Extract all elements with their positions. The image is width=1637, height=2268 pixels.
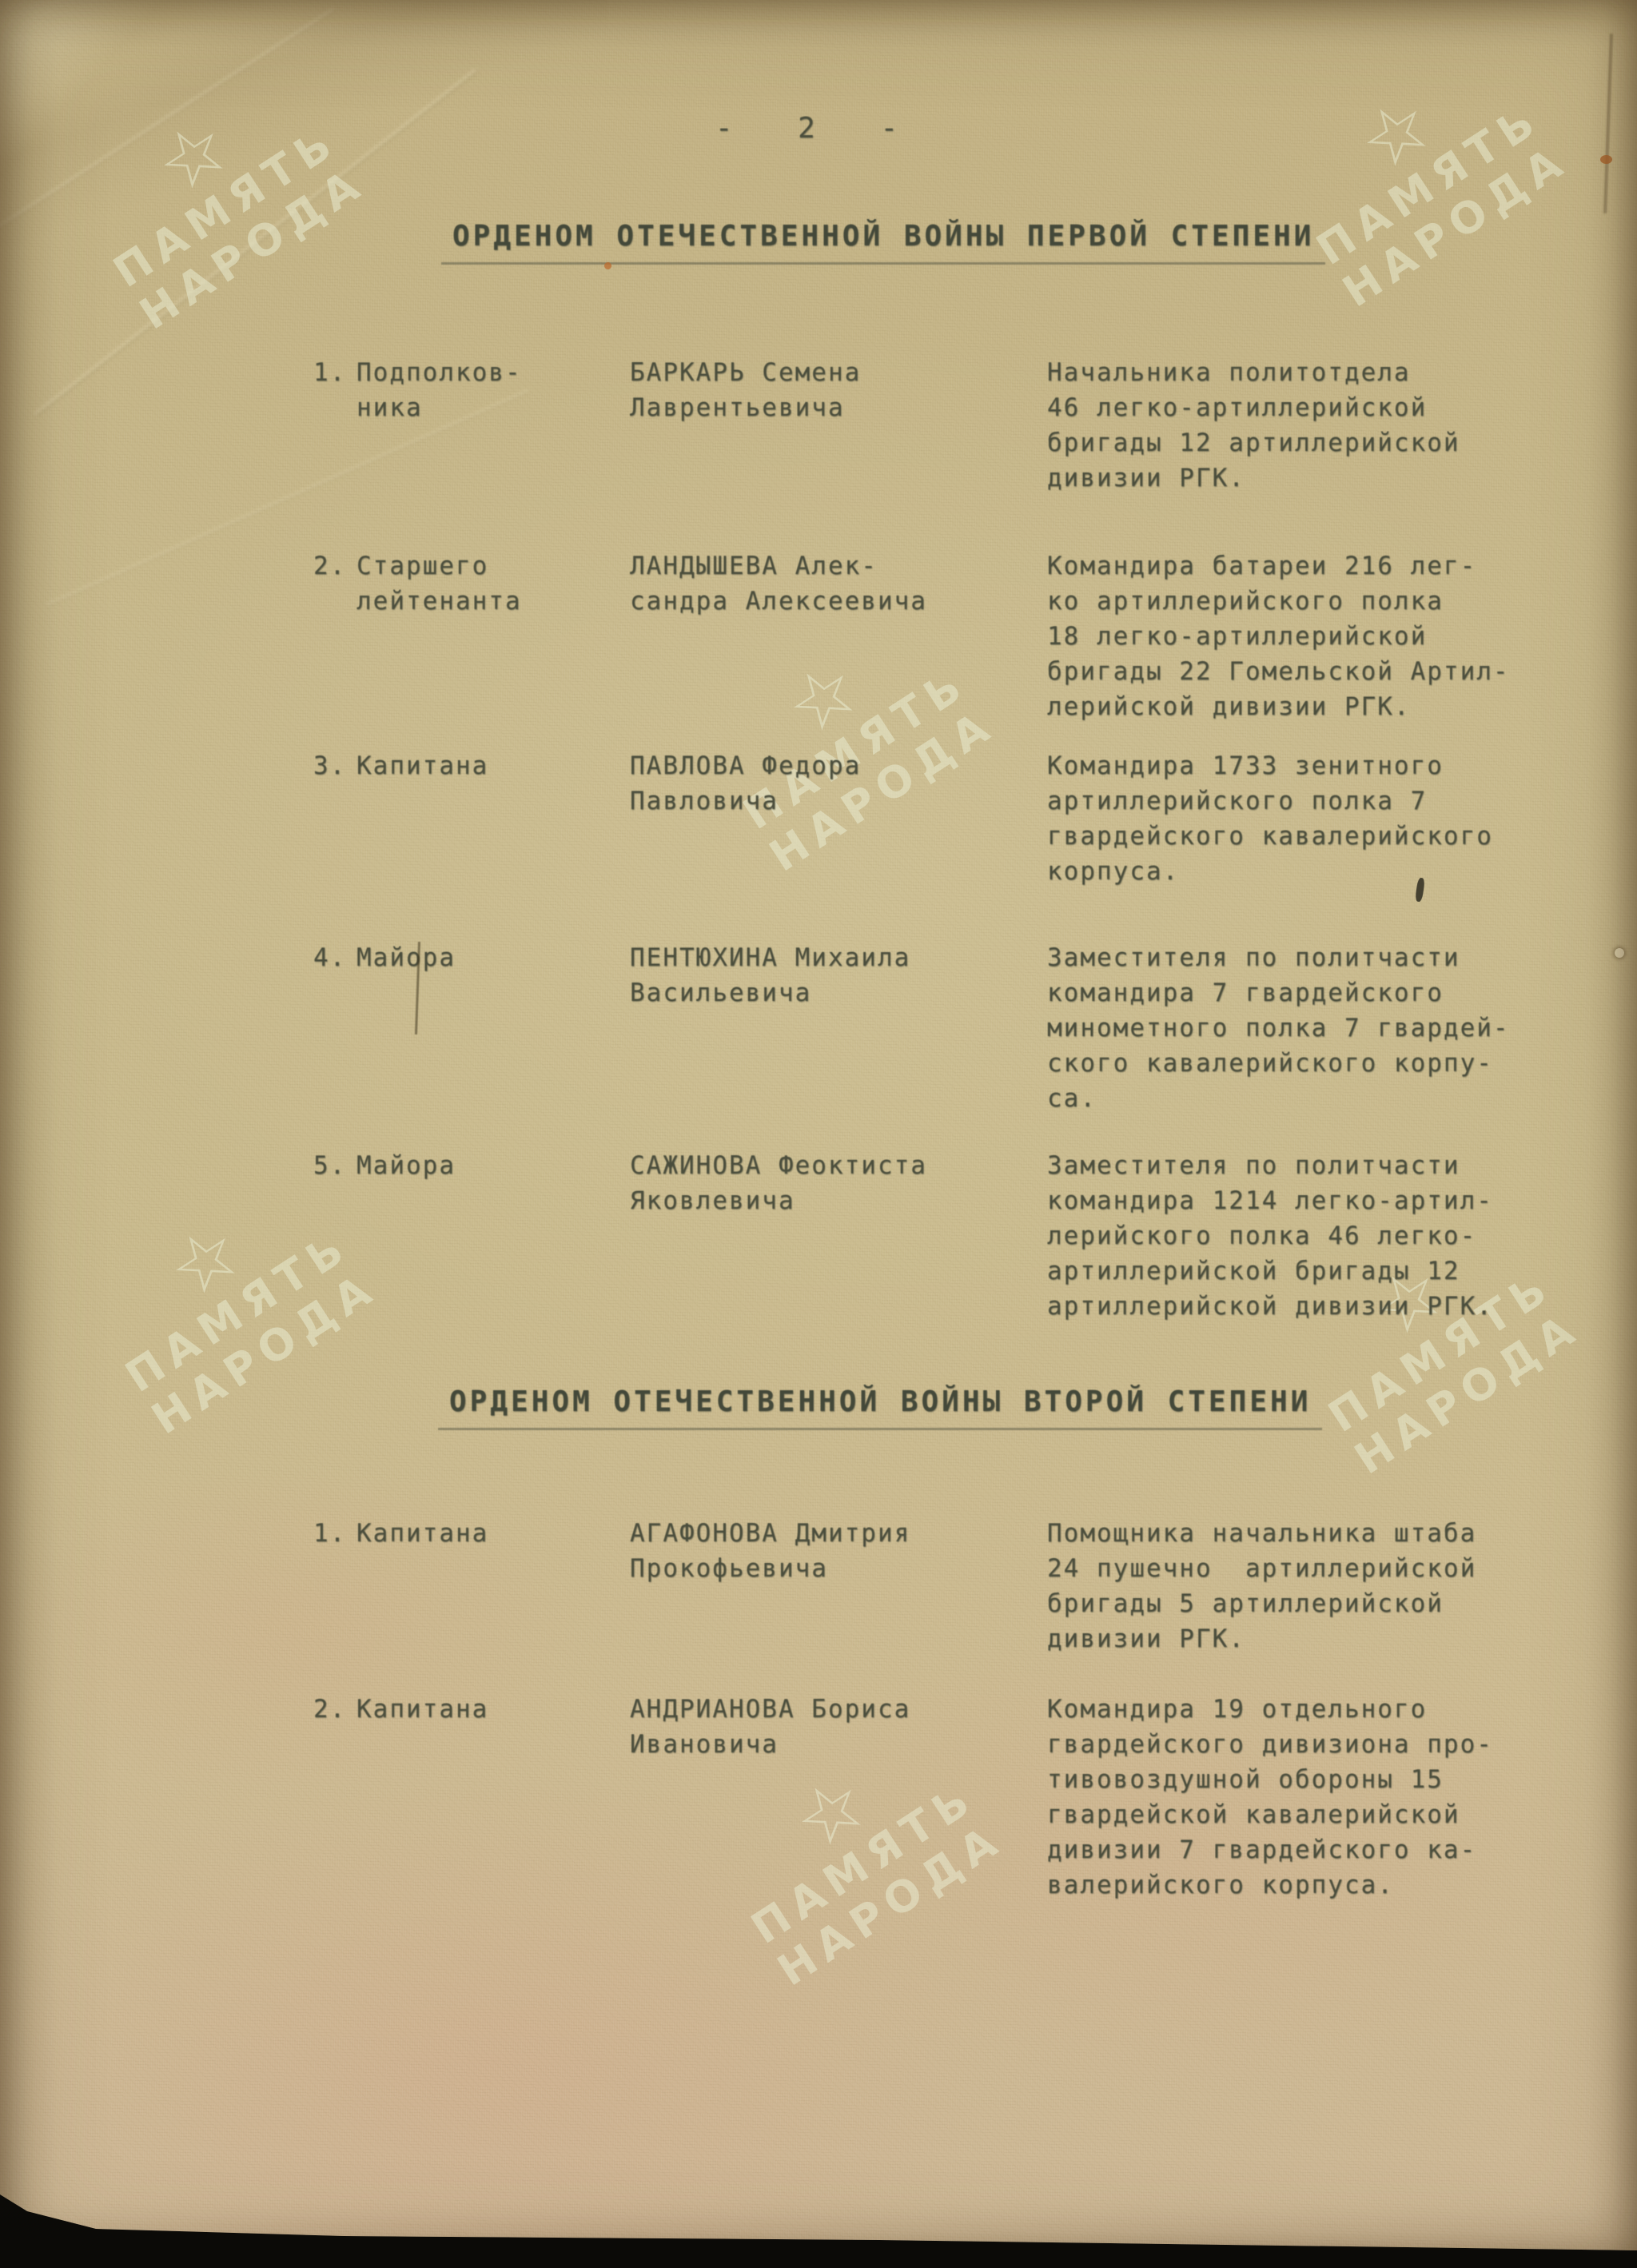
entry-name-line: Ивановича [630,1727,910,1762]
entry-name-line: Павловича [630,783,861,819]
entry-duty-line: артиллерийской дивизии РГК. [1047,1289,1493,1324]
entry-rank-line: Майора [356,940,456,975]
entry-duty-line: гвардейского кавалерийского [1047,819,1493,854]
entry-duty-line: Командира 1733 зенитного [1047,748,1493,783]
entry-number-line: 4. [313,940,346,975]
entry-duty-line: артиллерийской бригады 12 [1047,1254,1493,1289]
entry-name-line: сандра Алексеевича [630,584,927,619]
entry-number-line: 2. [313,1692,346,1727]
entry-name: ЛАНДЫШЕВА Алек-сандра Алексеевича [630,548,927,619]
entry-duty-line: Заместителя по политчасти [1047,940,1510,975]
entry-duty-line: са. [1047,1081,1510,1116]
entry-name: ПЕНТЮХИНА МихаилаВасильевича [630,940,910,1010]
entry-number-line: 5. [313,1148,346,1183]
entry-rank: Майора [356,1148,456,1183]
entry-number: 5. [313,1148,346,1183]
entry-rank: Майора [356,940,456,975]
entry-name: БАРКАРЬ СеменаЛаврентьевича [630,355,861,425]
entry-duty-line: 46 легко-артиллерийской [1047,390,1460,425]
typed-text-layer: - 2 - ОРДЕНОМ ОТЕЧЕСТВЕННОЙ ВОЙНЫ ПЕРВОЙ… [0,0,1637,2268]
entry-rank-line: лейтенанта [356,584,522,619]
entry-duty-line: 18 легко-артиллерийской [1047,619,1510,654]
entry-number: 4. [313,940,346,975]
entry-duty-line: командира 1214 легко-артил- [1047,1183,1493,1218]
entry-number: 3. [313,748,346,783]
entry-duty-line: ского кавалерийского корпу- [1047,1046,1510,1081]
entry-name-line: Яковлевича [630,1183,927,1218]
entry-duty-line: дивизии 7 гвардейского ка- [1047,1832,1493,1867]
entry-rank: Капитана [356,1516,488,1551]
entry-duty: Заместителя по политчастикомандира 1214 … [1047,1148,1493,1324]
entry-rank: Подполков-ника [356,355,522,425]
entry-duty-line: гвардейской кавалерийской [1047,1797,1493,1832]
entry-duty: Командира 19 отдельногогвардейского диви… [1047,1692,1493,1903]
entry-duty: Помощника начальника штаба24 пушечно арт… [1047,1516,1476,1656]
entry-rank-line: Капитана [356,1516,488,1551]
entry-duty-line: ко артиллерийского полка [1047,584,1510,619]
entry-number-line: 2. [313,548,346,584]
entry-rank-line: Капитана [356,748,488,783]
entry-rank-line: Старшего [356,548,522,584]
entry-number-line: 1. [313,1516,346,1551]
entry-duty-line: бригады 22 Гомельской Артил- [1047,654,1510,689]
section-heading: ОРДЕНОМ ОТЕЧЕСТВЕННОЙ ВОЙНЫ ВТОРОЙ СТЕПЕ… [438,1386,1322,1430]
entry-duty-line: дивизии РГК. [1047,460,1460,496]
entry-name-line: ПЕНТЮХИНА Михаила [630,940,910,975]
entry-duty: Начальника политотдела46 легко-артиллери… [1047,355,1460,496]
entry-name-line: Васильевича [630,975,910,1010]
entry-rank: Старшеголейтенанта [356,548,522,619]
entry-duty-line: корпуса. [1047,854,1493,889]
entry-name-line: ЛАНДЫШЕВА Алек- [630,548,927,584]
entry-number-line: 1. [313,355,346,390]
entry-name-line: ПАВЛОВА Федора [630,748,861,783]
entry-duty-line: бригады 12 артиллерийской [1047,425,1460,460]
entry-duty-line: валерийского корпуса. [1047,1867,1493,1903]
entry-number: 2. [313,1692,346,1727]
entry-duty-line: тивовоздушной обороны 15 [1047,1762,1493,1797]
entry-duty-line: гвардейского дивизиона про- [1047,1727,1493,1762]
entry-rank: Капитана [356,748,488,783]
entry-duty-line: лерийского полка 46 легко- [1047,1218,1493,1254]
document-page: ☆ПАМЯТЬНАРОДА☆ПАМЯТЬНАРОДА☆ПАМЯТЬНАРОДА☆… [0,0,1637,2268]
entry-rank: Капитана [356,1692,488,1727]
entry-duty-line: командира 7 гвардейского [1047,975,1510,1010]
entry-number: 2. [313,548,346,584]
entry-name: АНДРИАНОВА БорисаИвановича [630,1692,910,1762]
entry-rank-line: Капитана [356,1692,488,1727]
entry-duty-line: минометного полка 7 гвардей- [1047,1010,1510,1046]
entry-name-line: АНДРИАНОВА Бориса [630,1692,910,1727]
entry-name-line: Прокофьевича [630,1551,910,1586]
entry-name-line: АГАФОНОВА Дмитрия [630,1516,910,1551]
entry-name-line: БАРКАРЬ Семена [630,355,861,390]
entry-name-line: Лаврентьевича [630,390,861,425]
entry-rank-line: ника [356,390,522,425]
entry-name: АГАФОНОВА ДмитрияПрокофьевича [630,1516,910,1586]
entry-name: САЖИНОВА ФеоктистаЯковлевича [630,1148,927,1218]
entry-duty-line: артиллерийского полка 7 [1047,783,1493,819]
entry-duty-line: бригады 5 артиллерийской [1047,1586,1476,1621]
entry-duty-line: лерийской дивизии РГК. [1047,689,1510,724]
entry-number-line: 3. [313,748,346,783]
entry-duty-line: Помощника начальника штаба [1047,1516,1476,1551]
page-number: - 2 - [0,112,1637,145]
section-heading: ОРДЕНОМ ОТЕЧЕСТВЕННОЙ ВОЙНЫ ПЕРВОЙ СТЕПЕ… [441,221,1325,265]
entry-duty-line: Командира 19 отдельного [1047,1692,1493,1727]
entry-number: 1. [313,355,346,390]
entry-duty: Командира батареи 216 лег-ко артиллерийс… [1047,548,1510,724]
entry-duty-line: 24 пушечно артиллерийской [1047,1551,1476,1586]
entry-rank-line: Майора [356,1148,456,1183]
entry-duty-line: Командира батареи 216 лег- [1047,548,1510,584]
entry-name: ПАВЛОВА ФедораПавловича [630,748,861,819]
entry-number: 1. [313,1516,346,1551]
entry-name-line: САЖИНОВА Феоктиста [630,1148,927,1183]
entry-duty: Командира 1733 зенитногоартиллерийского … [1047,748,1493,889]
entry-duty-line: Заместителя по политчасти [1047,1148,1493,1183]
scanned-award-document: { "page_number": "- 2 -", "watermark": {… [0,0,1637,2268]
entry-duty-line: Начальника политотдела [1047,355,1460,390]
entry-duty: Заместителя по политчастикомандира 7 гва… [1047,940,1510,1116]
entry-duty-line: дивизии РГК. [1047,1621,1476,1656]
entry-rank-line: Подполков- [356,355,522,390]
